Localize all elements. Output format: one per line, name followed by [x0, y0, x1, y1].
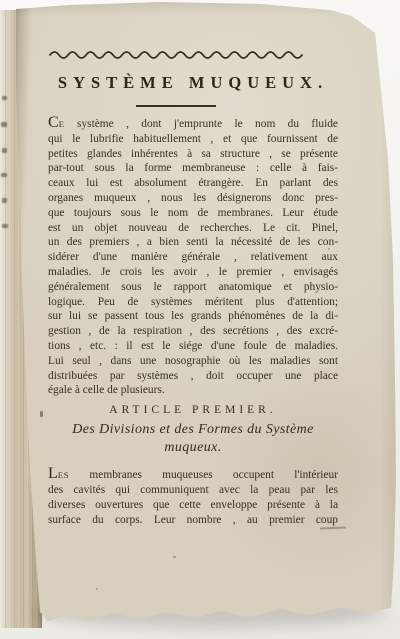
text-line: par-tout sous la forme membraneuse : cel…	[48, 161, 338, 176]
adjacent-page-text-fragment	[1, 122, 7, 127]
text-line: ceaux lui est absolument étrangère. En p…	[48, 176, 338, 191]
paragraph-1: CE système , dont j'emprunte le nom du f…	[48, 116, 338, 398]
drop-cap-initial: L	[48, 467, 58, 482]
first-line-text: membranes muqueuses occupent l'intérieur	[69, 469, 338, 481]
article-heading: ARTICLE PREMIER.	[48, 402, 338, 418]
adjacent-page-text-fragment	[2, 148, 7, 153]
first-line-text: système , dont j'emprunte le nom du flui…	[65, 118, 338, 130]
small-cap-letters: ES	[58, 470, 69, 480]
book-page: SYSTÈME MUQUEUX. CE système , dont j'emp…	[0, 0, 400, 639]
text-line: sur lui se passent tous les grands phéno…	[48, 309, 338, 324]
drop-cap-initial: C	[48, 116, 59, 131]
page-title: SYSTÈME MUQUEUX.	[48, 73, 338, 93]
text-line: que toujours sous le nom de membranes. L…	[48, 206, 338, 221]
title-divider-rule	[136, 105, 216, 107]
wavy-rule-ornament	[49, 50, 307, 59]
page-content: SYSTÈME MUQUEUX. CE système , dont j'emp…	[48, 50, 338, 527]
text-line: maladies. Je crois les avoir , le premie…	[48, 265, 338, 280]
paragraph-1-lines: qui le lubrifie habituellement , et que …	[48, 132, 338, 398]
text-line: Lui seul , dans une nosographie où les m…	[48, 354, 338, 369]
adjacent-page-text-fragment	[2, 96, 7, 100]
adjacent-page-text-fragment	[2, 224, 8, 228]
text-line: sidérer d'une manière générale , relativ…	[48, 250, 338, 265]
text-line: petites glandes inhérentes à sa structur…	[48, 147, 338, 162]
text-line: qui le lubrifie habituellement , et que …	[48, 132, 338, 147]
text-line: organes muqueux , nous les désignerons d…	[48, 191, 338, 206]
paragraph-2: LES membranes muqueuses occupent l'intér…	[48, 467, 338, 527]
adjacent-page-text-fragment	[1, 173, 7, 177]
text-line: est un objet nouveau de recherches. Le c…	[48, 221, 338, 236]
text-line: tions , etc. : il est le siége d'une fou…	[48, 339, 338, 354]
ink-speck	[328, 248, 330, 250]
article-subtitle: Des Divisions et des Formes du Systèmemu…	[48, 421, 338, 456]
margin-ink-mark	[40, 411, 43, 417]
text-line: généralement sous le rapport anatomique …	[48, 280, 338, 295]
text-line: muqueux.	[48, 439, 338, 457]
text-line: LES membranes muqueuses occupent l'intér…	[48, 467, 338, 483]
text-line: un des premiers , a bien senti la nécess…	[48, 235, 338, 250]
pencil-underline-mark	[320, 527, 346, 529]
adjacent-page-text-fragment	[2, 198, 7, 203]
ink-speck	[173, 556, 176, 558]
text-line: CE système , dont j'emprunte le nom du f…	[48, 116, 338, 132]
ink-speck	[96, 588, 98, 590]
text-line: des cavités qui communiquent avec la pea…	[48, 483, 338, 498]
text-line: logique. Peu de systèmes méritent plus d…	[48, 295, 338, 310]
text-line: Des Divisions et des Formes du Système	[48, 421, 338, 439]
text-line: égale à celle de plusieurs.	[48, 383, 338, 398]
text-line: distribuées par systèmes , doit occuper …	[48, 369, 338, 384]
text-line: gestion , de la respiration , des secrét…	[48, 324, 338, 339]
text-line: surface du corps. Leur nombre , au premi…	[48, 513, 338, 528]
paragraph-2-lines: des cavités qui communiquent avec la pea…	[48, 483, 338, 527]
text-line: diverses ouvertures que cette enveloppe …	[48, 498, 338, 513]
